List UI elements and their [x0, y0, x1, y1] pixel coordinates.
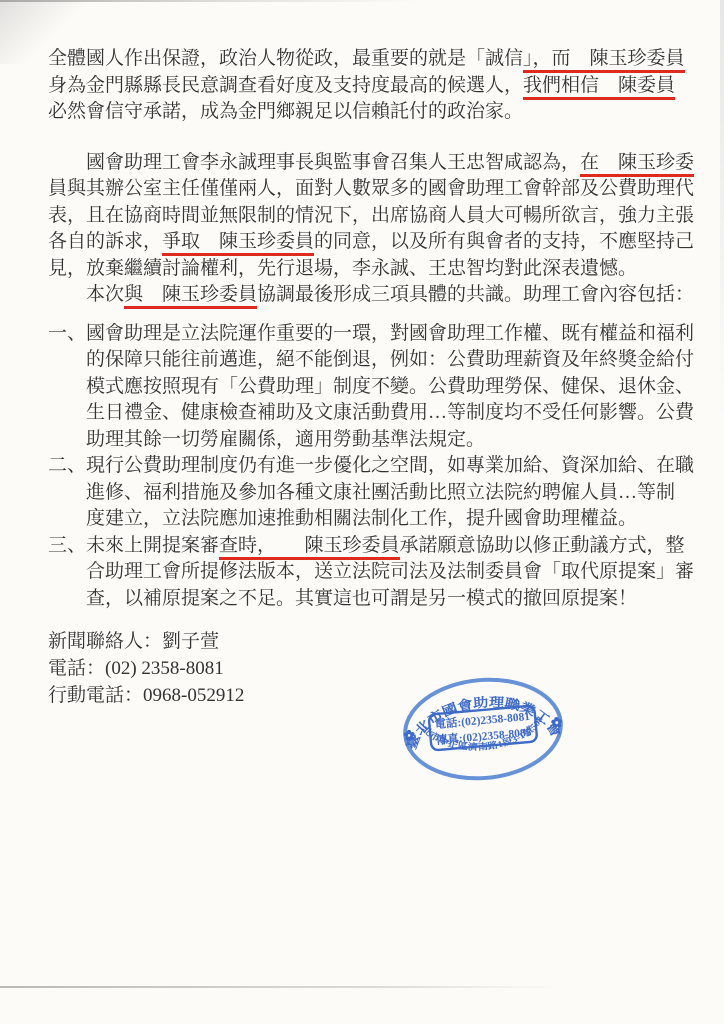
paragraph-2: 國會助理工會李永誠理事長與監事會召集人王忠智咸認為，在 陳玉珍委員與其辦公室主任… [48, 150, 694, 283]
text-segment: 本次 [86, 284, 124, 305]
text-segment: 國會助理工會李永誠理事長與監事會召集人王忠智咸認為， [86, 152, 580, 173]
text-segment: 協調最後形成三項具體的共識。助理工會內容包括： [257, 284, 694, 305]
list-item-lines: 未來上開提案審查時， 陳玉珍委員承諾願意協助以修正動議方式，整合助理工會所提修法… [86, 533, 694, 613]
text-line: 國會助理工會李永誠理事長與監事會召集人王忠智咸認為，在 陳玉珍委 [48, 150, 694, 177]
list-marker: 三、 [48, 533, 86, 613]
text-segment: 未來上開提案審 [86, 535, 219, 556]
text-line: 模式應按照現有「公費助理」制度不變。公費助理勞保、健保、退休金、 [86, 374, 694, 401]
text-line: 未來上開提案審查時， 陳玉珍委員承諾願意協助以修正動議方式，整 [86, 533, 694, 560]
contact-block: 新聞聯絡人：劉子萱 電話：(02) 2358-8081 行動電話：0968-05… [48, 628, 694, 709]
list-item-2: 二、現行公費助理制度仍有進一步優化之空間，如專業加給、資深加給、在職進修、福利措… [48, 453, 694, 533]
text-line: 查，以補原提案之不足。其實這也可謂是另一模式的撤回原提案！ [86, 586, 694, 613]
text-line: 國會助理是立法院運作重要的一環，對國會助理工作權、既有權益和福利 [86, 321, 694, 348]
text-segment: 生日禮金、健康檢查補助及文康活動費用…等制度均不受任何影響。公費 [86, 402, 694, 423]
text-line: 的保障只能往前邁進，絕不能倒退，例如：公費助理薪資及年終獎金給付 [86, 347, 694, 374]
text-segment: 現行公費助理制度仍有進一步優化之空間，如專業加給、資深加給、在職 [86, 455, 694, 476]
list-item-1: 一、國會助理是立法院運作重要的一環，對國會助理工作權、既有權益和福利的保障只能往… [48, 321, 694, 454]
consensus-list: 一、國會助理是立法院運作重要的一環，對國會助理工作權、既有權益和福利的保障只能往… [48, 321, 694, 613]
text-line: 進修、福利措施及參加各種文康社團活動比照立法院約聘僱人員…等制 [86, 480, 694, 507]
text-segment: 見，放棄繼續討論權利，先行退場，李永誠、王忠智均對此深表遺憾。 [48, 258, 637, 279]
text-line: 本次與 陳玉珍委員協調最後形成三項具體的共識。助理工會內容包括： [48, 282, 694, 309]
text-line: 必然會信守承諾，成為金門鄉親足以信賴託付的政治家。 [48, 99, 694, 126]
text-line: 各自的訴求，爭取 陳玉珍委員的同意，以及所有與會者的支持，不應堅持己 [48, 229, 694, 256]
underlined-text: 與 陳玉珍委員 [124, 284, 257, 309]
text-segment: 承諾願意協助以修正動議方式，整 [400, 535, 685, 556]
scan-artifact-bottom-edge [0, 986, 560, 988]
underlined-text: 爭取 陳玉珍委員 [162, 231, 314, 256]
list-item-lines: 國會助理是立法院運作重要的一環，對國會助理工作權、既有權益和福利的保障只能往前邁… [86, 321, 694, 454]
text-line: 身為金門縣縣長民意調查看好度及支持度最高的候選人，我們相信 陳委員 [48, 73, 694, 100]
underlined-text: 在 陳玉珍委 [580, 152, 694, 177]
underlined-text: 查時， 陳玉珍委員 [219, 535, 400, 560]
list-item-lines: 現行公費助理制度仍有進一步優化之空間，如專業加給、資深加給、在職進修、福利措施及… [86, 453, 694, 533]
text-segment: 合助理工會所提修法版本，送立法院司法及法制委員會「取代原提案」審 [86, 561, 694, 582]
text-line: 表，且在協商時間並無限制的情況下，出席協商人員大可暢所欲言，強力主張 [48, 203, 694, 230]
text-line: 全體國人作出保證，政治人物從政，最重要的就是「誠信」，而 陳玉珍委員 [48, 46, 694, 73]
contact-phone: 電話：(02) 2358-8081 [48, 655, 694, 682]
text-segment: 度建立，立法院應加速推動相關法制化工作，提升國會助理權益。 [86, 508, 637, 529]
text-segment: 國會助理是立法院運作重要的一環，對國會助理工作權、既有權益和福利 [86, 323, 694, 344]
paragraph-3: 本次與 陳玉珍委員協調最後形成三項具體的共識。助理工會內容包括： [48, 282, 694, 309]
text-line: 度建立，立法院應加速推動相關法制化工作，提升國會助理權益。 [86, 506, 694, 533]
list-marker: 二、 [48, 453, 86, 533]
underlined-text: 」，而 陳玉珍委員 [523, 48, 685, 73]
text-segment: 身為金門縣縣長民意調查看好度及支持度最高的候選人， [48, 75, 523, 96]
text-segment: 查，以補原提案之不足。其實這也可謂是另一模式的撤回原提案！ [86, 588, 637, 609]
contact-person: 新聞聯絡人：劉子萱 [48, 628, 694, 655]
union-stamp: 臺北市國會助理職業工會 電話:(02)2358-8081 傳真:(02)2358… [387, 664, 578, 793]
text-line: 現行公費助理制度仍有進一步優化之空間，如專業加給、資深加給、在職 [86, 453, 694, 480]
scanned-document-page: 全體國人作出保證，政治人物從政，最重要的就是「誠信」，而 陳玉珍委員身為金門縣縣… [0, 0, 724, 1024]
text-line: 合助理工會所提修法版本，送立法院司法及法制委員會「取代原提案」審 [86, 559, 694, 586]
list-marker: 一、 [48, 321, 86, 454]
contact-mobile: 行動電話：0968-052912 [48, 682, 694, 709]
text-segment: 進修、福利措施及參加各種文康社團活動比照立法院約聘僱人員…等制 [86, 482, 675, 503]
text-segment: 的同意，以及所有與會者的支持，不應堅持己 [314, 231, 694, 252]
text-line: 生日禮金、健康檢查補助及文康活動費用…等制度均不受任何影響。公費 [86, 400, 694, 427]
document-body: 全體國人作出保證，政治人物從政，最重要的就是「誠信」，而 陳玉珍委員身為金門縣縣… [48, 46, 694, 612]
text-segment: 模式應按照現有「公費助理」制度不變。公費助理勞保、健保、退休金、 [86, 376, 694, 397]
text-line: 員與其辦公室主任僅僅兩人，面對人數眾多的國會助理工會幹部及公費助理代 [48, 176, 694, 203]
scan-artifact-right-edge [720, 0, 724, 420]
text-segment: 助理其餘一切勞雇關係，適用勞動基準法規定。 [86, 429, 485, 450]
text-line: 助理其餘一切勞雇關係，適用勞動基準法規定。 [86, 427, 694, 454]
text-line: 見，放棄繼續討論權利，先行退場，李永誠、王忠智均對此深表遺憾。 [48, 256, 694, 283]
text-segment: 全體國人作出保證，政治人物從政，最重要的就是「誠信 [48, 48, 523, 69]
text-segment: 各自的訴求， [48, 231, 162, 252]
scan-artifact-top-edge [0, 0, 420, 2]
paragraph-1: 全體國人作出保證，政治人物從政，最重要的就是「誠信」，而 陳玉珍委員身為金門縣縣… [48, 46, 694, 126]
text-segment: 必然會信守承諾，成為金門鄉親足以信賴託付的政治家。 [48, 101, 523, 122]
list-item-3: 三、未來上開提案審查時， 陳玉珍委員承諾願意協助以修正動議方式，整合助理工會所提… [48, 533, 694, 613]
text-segment: 員與其辦公室主任僅僅兩人，面對人數眾多的國會助理工會幹部及公費助理代 [48, 178, 694, 199]
text-segment: 表，且在協商時間並無限制的情況下，出席協商人員大可暢所欲言，強力主張 [48, 205, 694, 226]
underlined-text: 我們相信 陳委員 [523, 75, 675, 100]
text-segment: 的保障只能往前邁進，絕不能倒退，例如：公費助理薪資及年終獎金給付 [86, 349, 694, 370]
